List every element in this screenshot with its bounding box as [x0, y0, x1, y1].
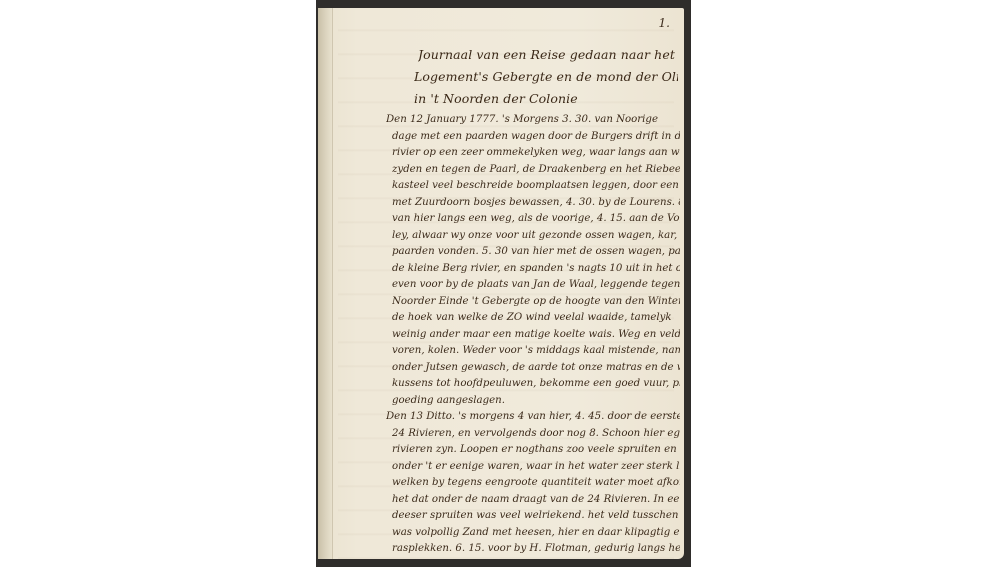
body-line: kussens tot hoofdpeuluwen, bekomme een g…	[392, 376, 680, 393]
body-line: welken by tegens eengroote quantiteit wa…	[392, 475, 680, 492]
title-line: in 't Noorden der Colonie	[414, 88, 678, 110]
title-line: Logement's Gebergte en de mond der Olifa…	[414, 66, 678, 88]
body-line: onder Jutsen gewasch, de aarde tot onze …	[392, 360, 680, 377]
body-line: onder 't er eenige waren, waar in het wa…	[392, 459, 680, 476]
body-line: Noorder Einde 't Gebergte op de hoogte v…	[392, 294, 680, 311]
body-line: even voor by de plaats van Jan de Waal, …	[392, 277, 680, 294]
folio-number: 1.	[659, 16, 670, 30]
body-line: Den 12 January 1777. 's Morgens 3. 30. v…	[386, 112, 680, 129]
body-line: weinig ander maar een matige koelte wais…	[392, 327, 680, 344]
document-viewer: 1. Journaal van een Reise gedaan naar he…	[0, 0, 1008, 567]
journal-title: Journaal van een Reise gedaan naar het H…	[418, 44, 678, 110]
body-line: ley, alwaar wy onze voor uit gezonde oss…	[392, 228, 680, 245]
body-line: rasplekken. 6. 15. voor by H. Flotman, g…	[392, 541, 680, 558]
journal-body-text: Den 12 January 1777. 's Morgens 3. 30. v…	[392, 112, 680, 558]
body-line: 24 Rivieren, en vervolgends door nog 8. …	[392, 426, 680, 443]
body-line: met Zuurdoorn bosjes bewassen, 4. 30. by…	[392, 195, 680, 212]
page-gutter	[318, 8, 333, 559]
body-line: de hoek van welke de ZO wind veelal waai…	[392, 310, 680, 327]
body-line: goeding aangeslagen.	[392, 393, 680, 410]
body-line: dage met een paarden wagen door de Burge…	[392, 129, 680, 146]
body-line: Den 13 Ditto. 's morgens 4 van hier, 4. …	[386, 409, 680, 426]
body-line: kasteel veel beschreide boomplaatsen leg…	[392, 178, 680, 195]
body-line: deeser spruiten was veel welriekend. het…	[392, 508, 680, 525]
body-line: voren, kolen. Weder voor 's middags kaal…	[392, 343, 680, 360]
body-line: rivier op een zeer ommekelyken weg, waar…	[392, 145, 680, 162]
title-line: Journaal van een Reise gedaan naar het H…	[418, 44, 678, 66]
body-line: paarden vonden. 5. 30 van hier met de os…	[392, 244, 680, 261]
body-line: was volpollig Zand met heesen, hier en d…	[392, 525, 680, 542]
body-line: van hier langs een weg, als de voorige, …	[392, 211, 680, 228]
body-line: het dat onder de naam draagt van de 24 R…	[392, 492, 680, 509]
body-line: de kleine Berg rivier, en spanden 's nag…	[392, 261, 680, 278]
manuscript-page: 1. Journaal van een Reise gedaan naar he…	[318, 8, 684, 559]
body-line: zyden en tegen de Paarl, de Draakenberg …	[392, 162, 680, 179]
body-line: rivieren zyn. Loopen er nogthans zoo vee…	[392, 442, 680, 459]
